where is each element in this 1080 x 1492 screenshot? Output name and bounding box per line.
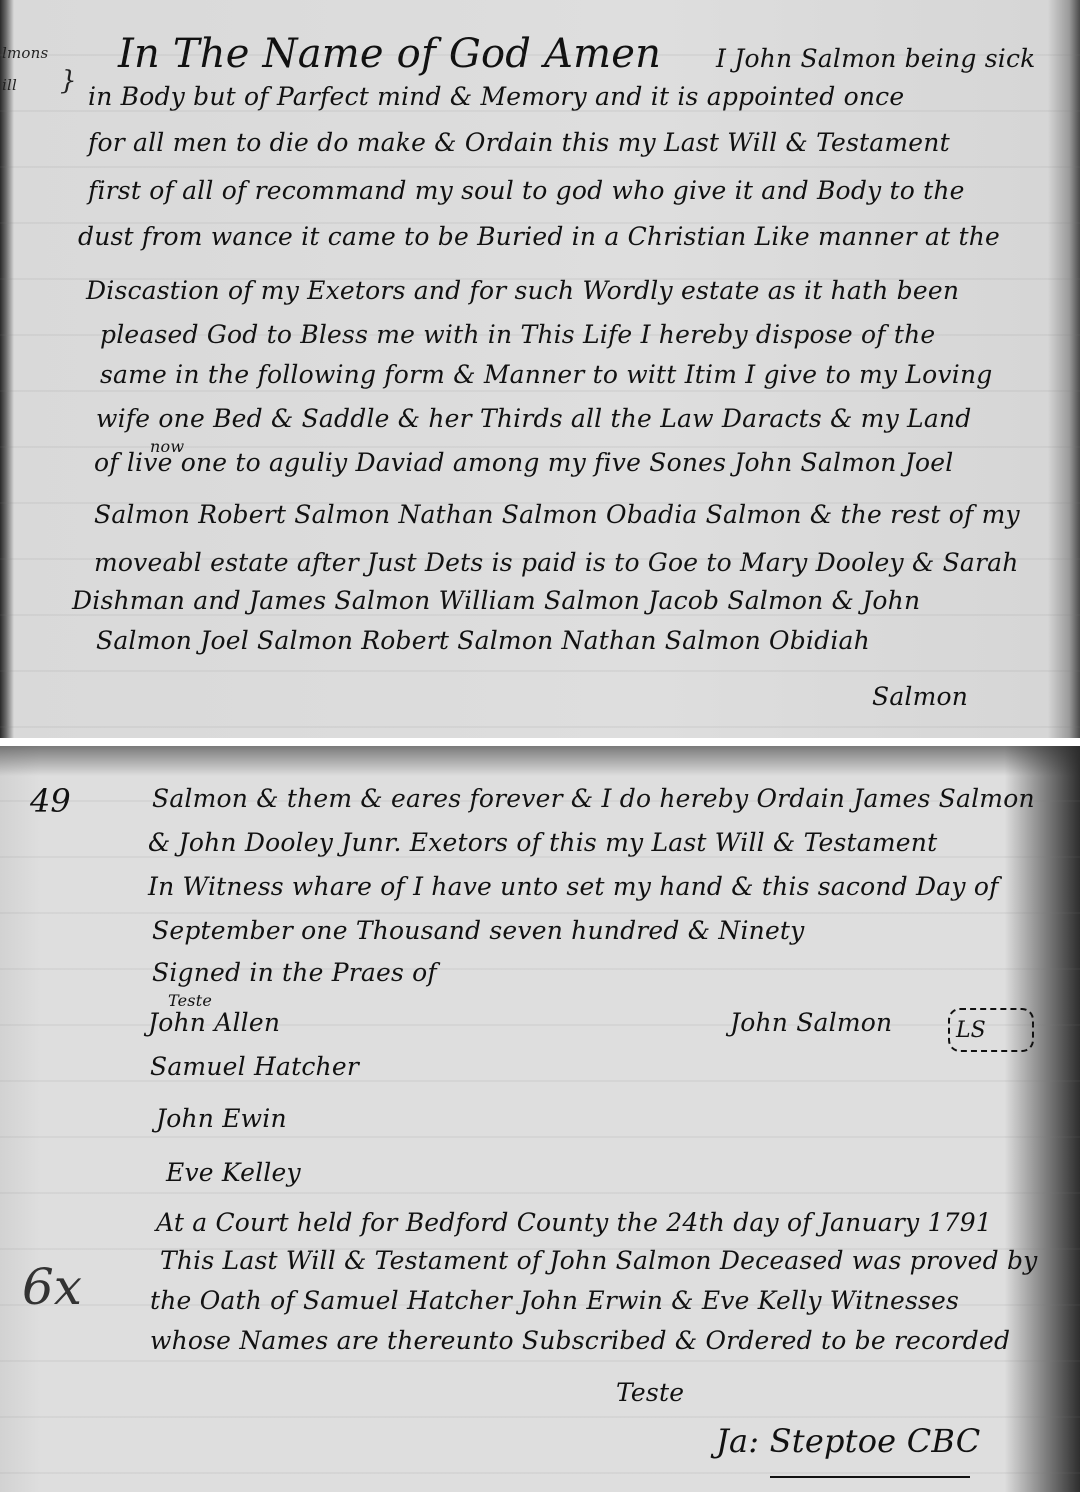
page-separator bbox=[0, 738, 1080, 746]
will-continued-line-3: In Witness whare of I have unto set my h… bbox=[148, 872, 999, 902]
will-line-14: Salmon Joel Salmon Robert Salmon Nathan … bbox=[96, 626, 870, 656]
will-line-4: first of all of recommand my soul to god… bbox=[88, 176, 965, 206]
will-line-6: Discastion of my Exetors and for such Wo… bbox=[86, 276, 959, 306]
probate-line-1: At a Court held for Bedford County the 2… bbox=[156, 1208, 992, 1238]
will-continued-line-2: & John Dooley Junr. Exetors of this my L… bbox=[148, 828, 937, 858]
will-line-5: dust from wance it came to be Buried in … bbox=[78, 222, 1000, 252]
signed-in-presence-line: Signed in the Praes of bbox=[152, 958, 437, 988]
probate-line-4: whose Names are thereunto Subscribed & O… bbox=[150, 1326, 1010, 1356]
will-line-9: wife one Bed & Saddle & her Thirds all t… bbox=[96, 404, 971, 434]
folio-mark: 6x bbox=[22, 1258, 82, 1316]
will-line-10: of live one to aguliy Daviad among my fi… bbox=[94, 448, 953, 478]
testator-signature: John Salmon bbox=[730, 1008, 892, 1038]
witness-1: John Allen bbox=[148, 1008, 280, 1038]
will-line-13: Dishman and James Salmon William Salmon … bbox=[72, 586, 920, 616]
will-line-1: I John Salmon being sick bbox=[716, 44, 1036, 74]
will-line-11: Salmon Robert Salmon Nathan Salmon Obadi… bbox=[94, 500, 1020, 530]
clerk-signature-flourish bbox=[770, 1476, 970, 1478]
will-line-2: in Body but of Parfect mind & Memory and… bbox=[88, 82, 904, 112]
will-page-top: lmons ill } In The Name of God Amen I Jo… bbox=[0, 0, 1080, 738]
will-line-15: Salmon bbox=[872, 682, 968, 712]
will-page-bottom: 49 Salmon & them & eares forever & I do … bbox=[0, 746, 1080, 1492]
will-line-12: moveabl estate after Just Dets is paid i… bbox=[94, 548, 1019, 578]
seal-text: LS bbox=[956, 1018, 986, 1043]
clerk-signature: Ja: Steptoe CBC bbox=[716, 1426, 980, 1456]
seal-mark: LS bbox=[948, 1008, 1034, 1052]
page-number: 49 bbox=[30, 782, 71, 820]
will-heading: In The Name of God Amen bbox=[118, 32, 661, 76]
attest-label: Teste bbox=[616, 1378, 684, 1408]
probate-line-3: the Oath of Samuel Hatcher John Erwin & … bbox=[150, 1286, 959, 1316]
witness-2: Samuel Hatcher bbox=[150, 1052, 359, 1082]
will-continued-line-1: Salmon & them & eares forever & I do her… bbox=[152, 784, 1035, 814]
will-line-3: for all men to die do make & Ordain this… bbox=[88, 128, 950, 158]
margin-note-2: ill bbox=[2, 76, 17, 94]
witness-3: John Ewin bbox=[156, 1104, 287, 1134]
margin-brace: } bbox=[60, 72, 77, 90]
probate-line-2: This Last Will & Testament of John Salmo… bbox=[160, 1246, 1037, 1276]
will-continued-line-4: September one Thousand seven hundred & N… bbox=[152, 916, 805, 946]
will-line-7: pleased God to Bless me with in This Lif… bbox=[100, 320, 935, 350]
margin-note-1: lmons bbox=[2, 44, 48, 62]
witness-4: Eve Kelley bbox=[166, 1158, 301, 1188]
will-line-8: same in the following form & Manner to w… bbox=[100, 360, 992, 390]
